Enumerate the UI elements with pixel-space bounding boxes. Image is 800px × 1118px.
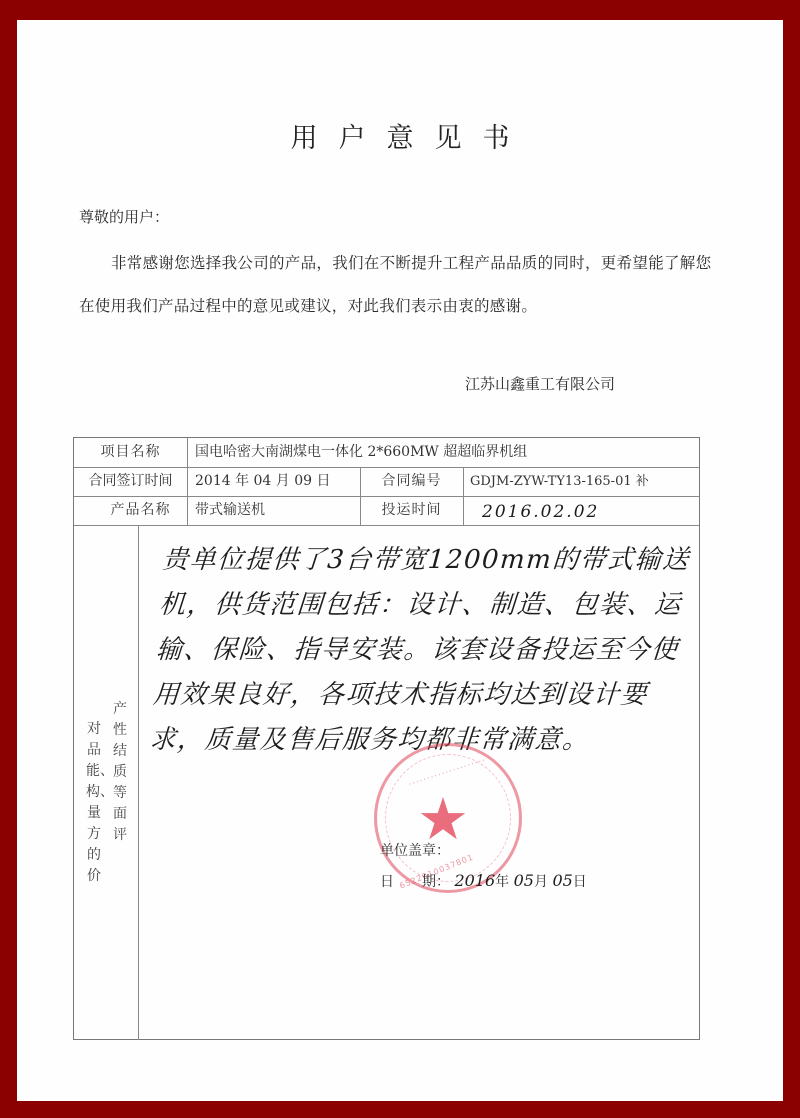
contract-no-label: 合同编号 bbox=[360, 467, 463, 496]
date-label: 日 期： bbox=[380, 874, 450, 890]
contract-date-value: 2014 年 04 月 09 日 bbox=[195, 467, 331, 496]
contract-no-value: GDJM-ZYW-TY13-165-01 补 bbox=[470, 467, 649, 496]
date-month: 05 bbox=[514, 871, 534, 890]
product-name-label: 产品名称 bbox=[94, 496, 187, 525]
commission-date-value: 2016.02.02 bbox=[482, 498, 599, 527]
evaluation-label-col1: 对品能、构、量方的价 bbox=[86, 719, 102, 887]
document-page: 用户意见书 尊敬的用户： 非常感谢您选择我公司的产品，我们在不断提升工程产品品质… bbox=[17, 20, 783, 1101]
date-year: 2016 bbox=[454, 871, 495, 890]
project-name-value: 国电哈密大南湖煤电一体化 2*660MW 超超临界机组 bbox=[195, 438, 527, 467]
seal-label: 单位盖章： bbox=[380, 840, 450, 860]
sign-date: 日 期： 2016年 05月 05日 bbox=[380, 871, 587, 891]
intro-paragraph: 非常感谢您选择我公司的产品，我们在不断提升工程产品品质的同时，更希望能了解您在使… bbox=[79, 242, 719, 328]
date-day: 05 bbox=[552, 871, 572, 890]
company-name: 江苏山鑫重工有限公司 bbox=[465, 373, 615, 394]
commission-date-label: 投运时间 bbox=[360, 496, 463, 525]
project-name-label: 项目名称 bbox=[74, 438, 187, 467]
evaluation-label-col2: 产性结质等面评 bbox=[112, 699, 128, 846]
month-suffix: 月 bbox=[534, 874, 548, 890]
greeting: 尊敬的用户： bbox=[79, 206, 169, 227]
evaluation-text: 贵单位提供了3台带宽1200mm的带式输送机，供货范围包括：设计、制造、包装、运… bbox=[148, 538, 704, 763]
contract-date-label: 合同签订时间 bbox=[74, 467, 187, 496]
year-suffix: 年 bbox=[495, 874, 509, 890]
day-suffix: 日 bbox=[573, 874, 587, 890]
product-name-value: 带式输送机 bbox=[195, 496, 265, 525]
page-title: 用户意见书 bbox=[17, 116, 783, 155]
feedback-table: 项目名称 国电哈密大南湖煤电一体化 2*660MW 超超临界机组 合同签订时间 … bbox=[73, 437, 700, 1040]
